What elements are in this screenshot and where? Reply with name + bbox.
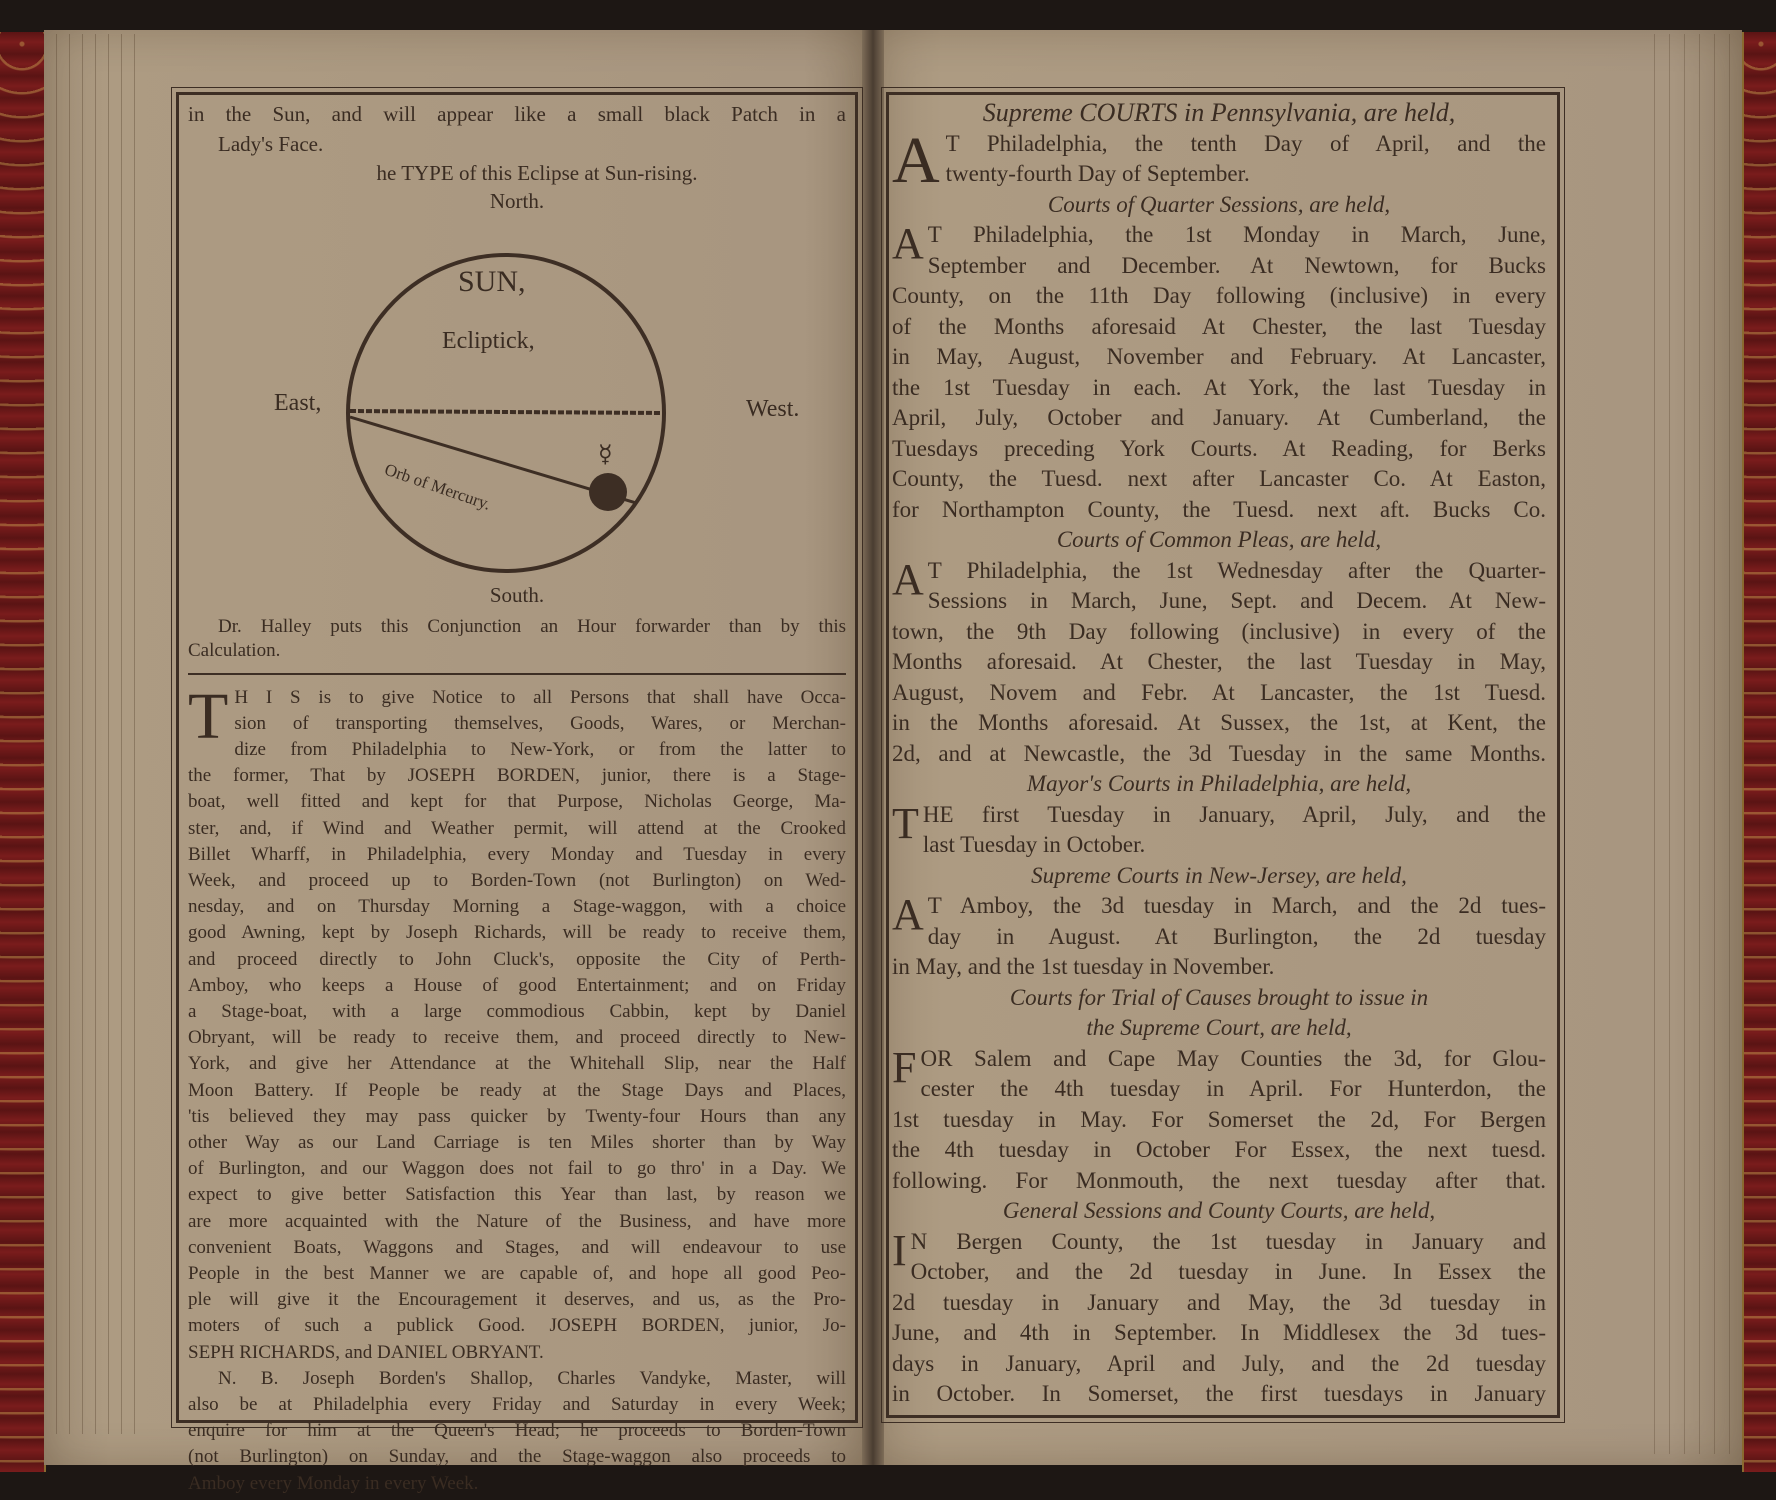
eclipse-intro-line: Lady's Face.	[188, 130, 846, 160]
section-line: September and December. At Newtown, for …	[892, 251, 1546, 282]
section-heading: Courts of Common Pleas, are held,	[892, 525, 1546, 556]
notice-line: Obryant, will be ready to receive them, …	[188, 1025, 846, 1051]
notice-line: a Stage-boat, with a large commodious Ca…	[188, 999, 846, 1025]
notice-line: nesday, and on Thursday Morning a Stage-…	[188, 894, 846, 920]
section-line: October, and the 2d tuesday in June. In …	[892, 1257, 1546, 1288]
section-dropcap: T	[892, 804, 919, 844]
section-divider-rule	[188, 673, 846, 675]
section-dropcap: I	[892, 1231, 907, 1271]
borden-stage-notice: T H I S is to give Notice to all Persons…	[188, 685, 846, 1497]
notice-line: ple will give it the Encouragement it de…	[188, 1287, 846, 1313]
mercury-symbol-icon: ☿	[598, 441, 613, 471]
notice-line: H I S is to give Notice to all Persons t…	[188, 685, 846, 711]
right-page-court-schedule: Supreme COURTS in Pennsylvania, are held…	[892, 98, 1546, 1410]
section-line: Months aforesaid. At Chester, the last T…	[892, 647, 1546, 678]
section-line: in the Months aforesaid. At Sussex, the …	[892, 708, 1546, 739]
section-heading: Courts for Trial of Causes brought to is…	[892, 983, 1546, 1014]
court-section: T HE first Tuesday in January, April, Ju…	[892, 800, 1546, 861]
notice-line: Week, and proceed up to Borden-Town (not…	[188, 868, 846, 894]
section-dropcap: A	[892, 560, 924, 600]
diagram-sun-label: SUN,	[458, 267, 526, 297]
court-section: A T Philadelphia, the 1st Monday in Marc…	[892, 220, 1546, 525]
halley-note-line: Calculation.	[188, 639, 846, 663]
section-heading: Supreme Courts in New-Jersey, are held,	[892, 861, 1546, 892]
section-line: days in January, April and July, and the…	[892, 1349, 1546, 1380]
court-section: A T Philadelphia, the tenth Day of April…	[892, 129, 1546, 190]
page-edges-right	[1640, 34, 1740, 1454]
notice-line: boat, well fitted and kept for that Purp…	[188, 789, 846, 815]
nb-line: N. B. Joseph Borden's Shallop, Charles V…	[188, 1366, 846, 1392]
notice-line: moters of such a publick Good. JOSEPH BO…	[188, 1313, 846, 1339]
section-line: June, and 4th in September. In Middlesex…	[892, 1318, 1546, 1349]
eclipse-diagram: North. SUN, Ecliptick, East, West. Orb o…	[188, 193, 846, 613]
section-line: 1st tuesday in May. For Somerset the 2d,…	[892, 1105, 1546, 1136]
nb-line: (not Burlington) on Sunday, and the Stag…	[188, 1444, 846, 1470]
section-line: OR Salem and Cape May Counties the 3d, f…	[892, 1044, 1546, 1075]
section-line: HE first Tuesday in January, April, July…	[892, 800, 1546, 831]
section-line: cester the 4th tuesday in April. For Hun…	[892, 1074, 1546, 1105]
diagram-south-label: South.	[188, 581, 846, 611]
notice-line: of Burlington, and our Waggon does not f…	[188, 1156, 846, 1182]
section-heading: Courts of Quarter Sessions, are held,	[892, 190, 1546, 221]
section-line: day in August. At Burlington, the 2d tue…	[892, 922, 1546, 953]
book-gutter	[862, 30, 884, 1465]
section-heading: Supreme COURTS in Pennsylvania, are held…	[892, 98, 1546, 129]
section-dropcap: A	[892, 133, 940, 189]
section-line: T Amboy, the 3d tuesday in March, and th…	[892, 891, 1546, 922]
notice-line: good Awning, kept by Joseph Richards, wi…	[188, 920, 846, 946]
notice-line: are more acquainted with the Nature of t…	[188, 1209, 846, 1235]
notice-line: other Way as our Land Carriage is ten Mi…	[188, 1130, 846, 1156]
notice-line: dize from Philadelphia to New-York, or f…	[188, 737, 846, 763]
diagram-west-label: West.	[746, 395, 799, 425]
nb-line: also be at Philadelphia every Friday and…	[188, 1392, 846, 1418]
notice-line: ster, and, if Wind and Weather permit, w…	[188, 816, 846, 842]
section-line: in May, and the 1st tuesday in November.	[892, 952, 1546, 983]
section-line: Sessions in March, June, Sept. and Decem…	[892, 586, 1546, 617]
left-page-text: in the Sun, and will appear like a small…	[188, 100, 846, 1497]
eclipse-type-heading: he TYPE of this Eclipse at Sun-rising.	[188, 159, 846, 189]
section-dropcap: A	[892, 895, 924, 935]
section-line: April, July, October and January. At Cum…	[892, 403, 1546, 434]
nb-line: Amboy every Monday in every Week.	[188, 1471, 846, 1497]
notice-line: York, and give her Attendance at the Whi…	[188, 1051, 846, 1077]
section-line: T Philadelphia, the tenth Day of April, …	[892, 129, 1546, 160]
section-line: 2d, and at Newcastle, the 3d Tuesday in …	[892, 739, 1546, 770]
section-line: 2d tuesday in January and May, the 3d tu…	[892, 1288, 1546, 1319]
notice-line: SEPH RICHARDS, and DANIEL OBRYANT.	[188, 1340, 846, 1366]
section-line: T Philadelphia, the 1st Wednesday after …	[892, 556, 1546, 587]
section-line: of the Months aforesaid At Chester, the …	[892, 312, 1546, 343]
page-edges-left	[44, 34, 144, 1434]
notice-line: People in the best Manner we are capable…	[188, 1261, 846, 1287]
notice-line: Billet Wharff, in Philadelphia, every Mo…	[188, 842, 846, 868]
open-almanac-book: in the Sun, and will appear like a small…	[0, 0, 1776, 1500]
section-dropcap: A	[892, 224, 924, 264]
section-line: the 4th tuesday in October For Essex, th…	[892, 1135, 1546, 1166]
notice-line: the former, That by JOSEPH BORDEN, junio…	[188, 763, 846, 789]
notice-line: sion of transporting themselves, Goods, …	[188, 711, 846, 737]
section-heading: the Supreme Court, are held,	[892, 1013, 1546, 1044]
section-line: N Bergen County, the 1st tuesday in Janu…	[892, 1227, 1546, 1258]
section-line: County, the Tuesd. next after Lancaster …	[892, 464, 1546, 495]
notice-line: 'tis believed they may pass quicker by T…	[188, 1104, 846, 1130]
halley-note-line: Dr. Halley puts this Conjunction an Hour…	[188, 615, 846, 639]
section-line: twenty-fourth Day of September.	[892, 159, 1546, 190]
diagram-ecliptic-label: Ecliptick,	[442, 327, 535, 357]
court-section: F OR Salem and Cape May Counties the 3d,…	[892, 1044, 1546, 1197]
diagram-east-label: East,	[274, 389, 321, 419]
section-line: the 1st Tuesday in each. At York, the la…	[892, 373, 1546, 404]
eclipse-intro-line: in the Sun, and will appear like a small…	[188, 100, 846, 130]
section-line: T Philadelphia, the 1st Monday in March,…	[892, 220, 1546, 251]
section-line: Tuesdays preceding York Courts. At Readi…	[892, 434, 1546, 465]
notice-line: Moon Battery. If People be ready at the …	[188, 1078, 846, 1104]
notice-line: convenient Boats, Waggons and Stages, an…	[188, 1235, 846, 1261]
section-line: last Tuesday in October.	[892, 830, 1546, 861]
section-line: for Northampton County, the Tuesd. next …	[892, 495, 1546, 526]
notice-dropcap: T	[188, 689, 228, 745]
section-line: in October. In Somerset, the first tuesd…	[892, 1379, 1546, 1410]
book-cover-left-edge	[0, 32, 46, 1472]
section-line: town, the 9th Day following (inclusive) …	[892, 617, 1546, 648]
section-line: following. For Monmouth, the next tuesda…	[892, 1166, 1546, 1197]
court-section: I N Bergen County, the 1st tuesday in Ja…	[892, 1227, 1546, 1410]
nb-line: enquire for him at the Queen's Head; he …	[188, 1418, 846, 1444]
book-cover-right-edge	[1742, 32, 1776, 1472]
section-dropcap: F	[892, 1048, 916, 1088]
court-section: A T Philadelphia, the 1st Wednesday afte…	[892, 556, 1546, 770]
notice-line: and proceed directly to John Cluck's, op…	[188, 947, 846, 973]
section-heading: General Sessions and County Courts, are …	[892, 1196, 1546, 1227]
section-line: August, Novem and Febr. At Lancaster, th…	[892, 678, 1546, 709]
notice-line: expect to give better Satisfaction this …	[188, 1182, 846, 1208]
notice-line: Amboy, who keeps a House of good Enterta…	[188, 973, 846, 999]
court-section: A T Amboy, the 3d tuesday in March, and …	[892, 891, 1546, 983]
section-heading: Mayor's Courts in Philadelphia, are held…	[892, 769, 1546, 800]
section-line: County, on the 11th Day following (inclu…	[892, 281, 1546, 312]
section-line: in May, August, November and February. A…	[892, 342, 1546, 373]
